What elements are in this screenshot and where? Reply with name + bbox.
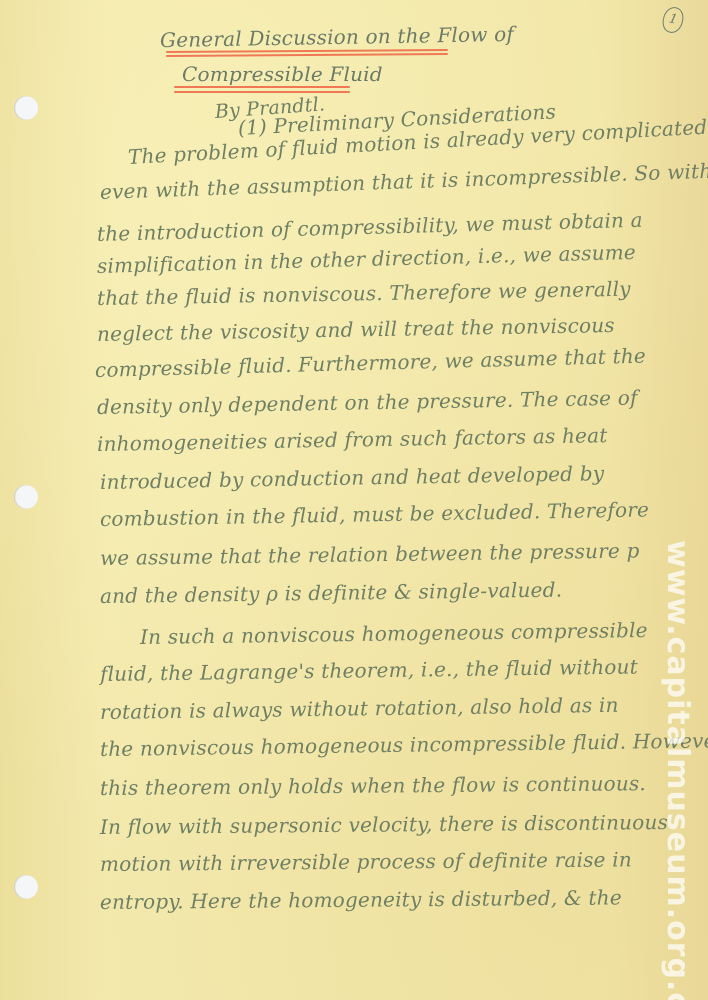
title-underline-2a xyxy=(174,86,350,88)
paragraph2-line: this theorem only holds when the flow is… xyxy=(100,771,646,800)
title-line-2: Compressible Fluid xyxy=(182,62,383,86)
punch-hole-top xyxy=(14,96,38,120)
paragraph2-line: In such a nonviscous homogeneous compres… xyxy=(140,618,648,649)
page-number: 1 xyxy=(661,5,686,35)
paragraph1-line: and the density ρ is definite & single-v… xyxy=(100,578,563,608)
paragraph1-line: inhomogeneities arised from such factors… xyxy=(97,423,608,456)
paragraph2-line: motion with irreversible process of defi… xyxy=(100,847,632,876)
title-line-1: General Discussion on the Flow of xyxy=(160,22,514,52)
paragraph1-line: introduced by conduction and heat develo… xyxy=(100,461,605,494)
paragraph1-line: that the fluid is nonviscous. Therefore … xyxy=(97,277,631,310)
paragraph2-line: In flow with supersonic velocity, there … xyxy=(100,810,668,839)
paragraph2-line: the nonviscous homogeneous incompressibl… xyxy=(100,728,708,761)
paragraph1-line: combustion in the fluid, must be exclude… xyxy=(100,497,649,531)
paragraph2-line: rotation is always without rotation, als… xyxy=(100,693,619,724)
watermark-text: www.capitalmuseum.org.cn xyxy=(659,540,695,980)
paragraph1-line: neglect the viscosity and will treat the… xyxy=(97,313,615,346)
paragraph2-line: entropy. Here the homogeneity is disturb… xyxy=(100,885,622,914)
paragraph1-line: the introduction of compressibility, we … xyxy=(97,208,643,246)
punch-hole-middle xyxy=(14,485,38,509)
paragraph2-line: fluid, the Lagrange's theorem, i.e., the… xyxy=(100,654,638,686)
paragraph1-line: density only dependent on the pressure. … xyxy=(97,386,638,419)
paragraph1-line: compressible fluid. Furthermore, we assu… xyxy=(95,344,647,382)
manuscript-page: 1 General Discussion on the Flow of Comp… xyxy=(0,0,708,1000)
punch-hole-bottom xyxy=(14,875,38,899)
paragraph1-line: simplification in the other direction, i… xyxy=(97,240,637,278)
title-underline-1b xyxy=(166,53,448,57)
paragraph1-line: we assume that the relation between the … xyxy=(100,538,640,570)
